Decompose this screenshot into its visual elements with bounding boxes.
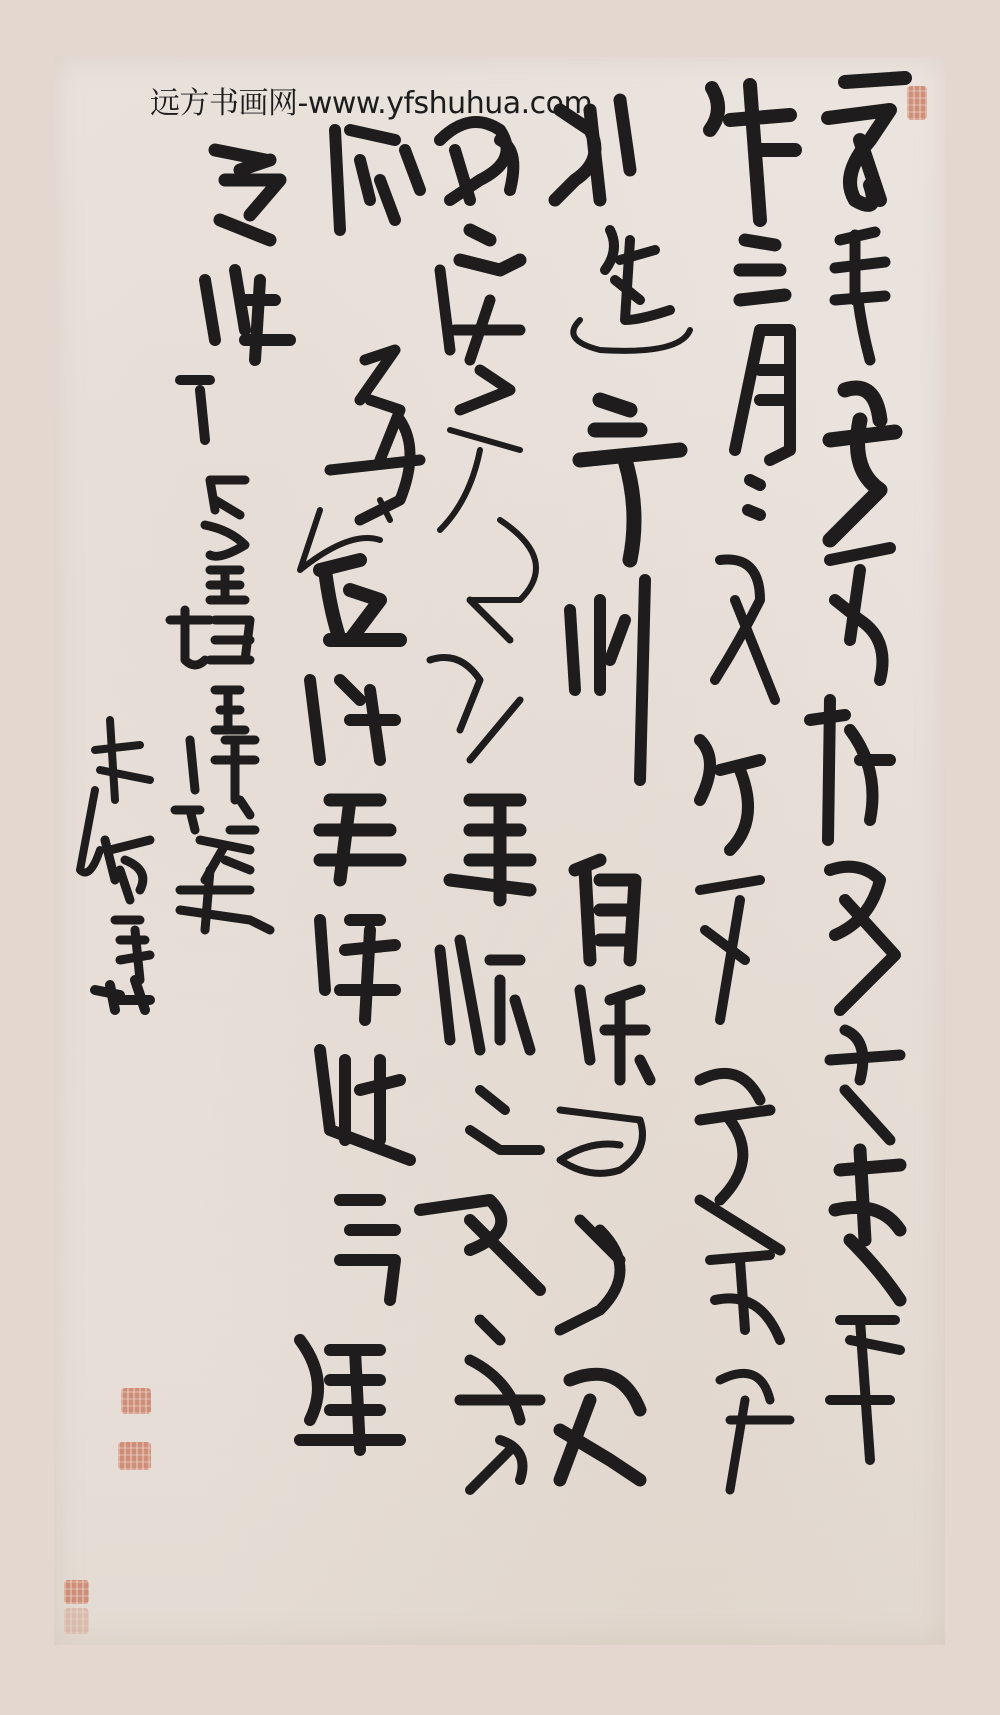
seal-signature-2 — [118, 1442, 151, 1470]
signature-column — [80, 480, 270, 1010]
column-5 — [300, 130, 420, 1450]
column-1 — [810, 78, 905, 1460]
column-4 — [420, 122, 540, 1490]
seal-top-right — [907, 86, 927, 120]
column-3 — [555, 100, 690, 1480]
column-6 — [180, 150, 290, 440]
seal-bottom-left-1 — [64, 1580, 89, 1604]
seal-signature-1 — [121, 1388, 151, 1414]
watermark-text: 远方书画网-www.yfshuhua.com — [150, 84, 592, 124]
column-2 — [700, 85, 795, 1490]
seal-bottom-left-2 — [64, 1608, 89, 1634]
